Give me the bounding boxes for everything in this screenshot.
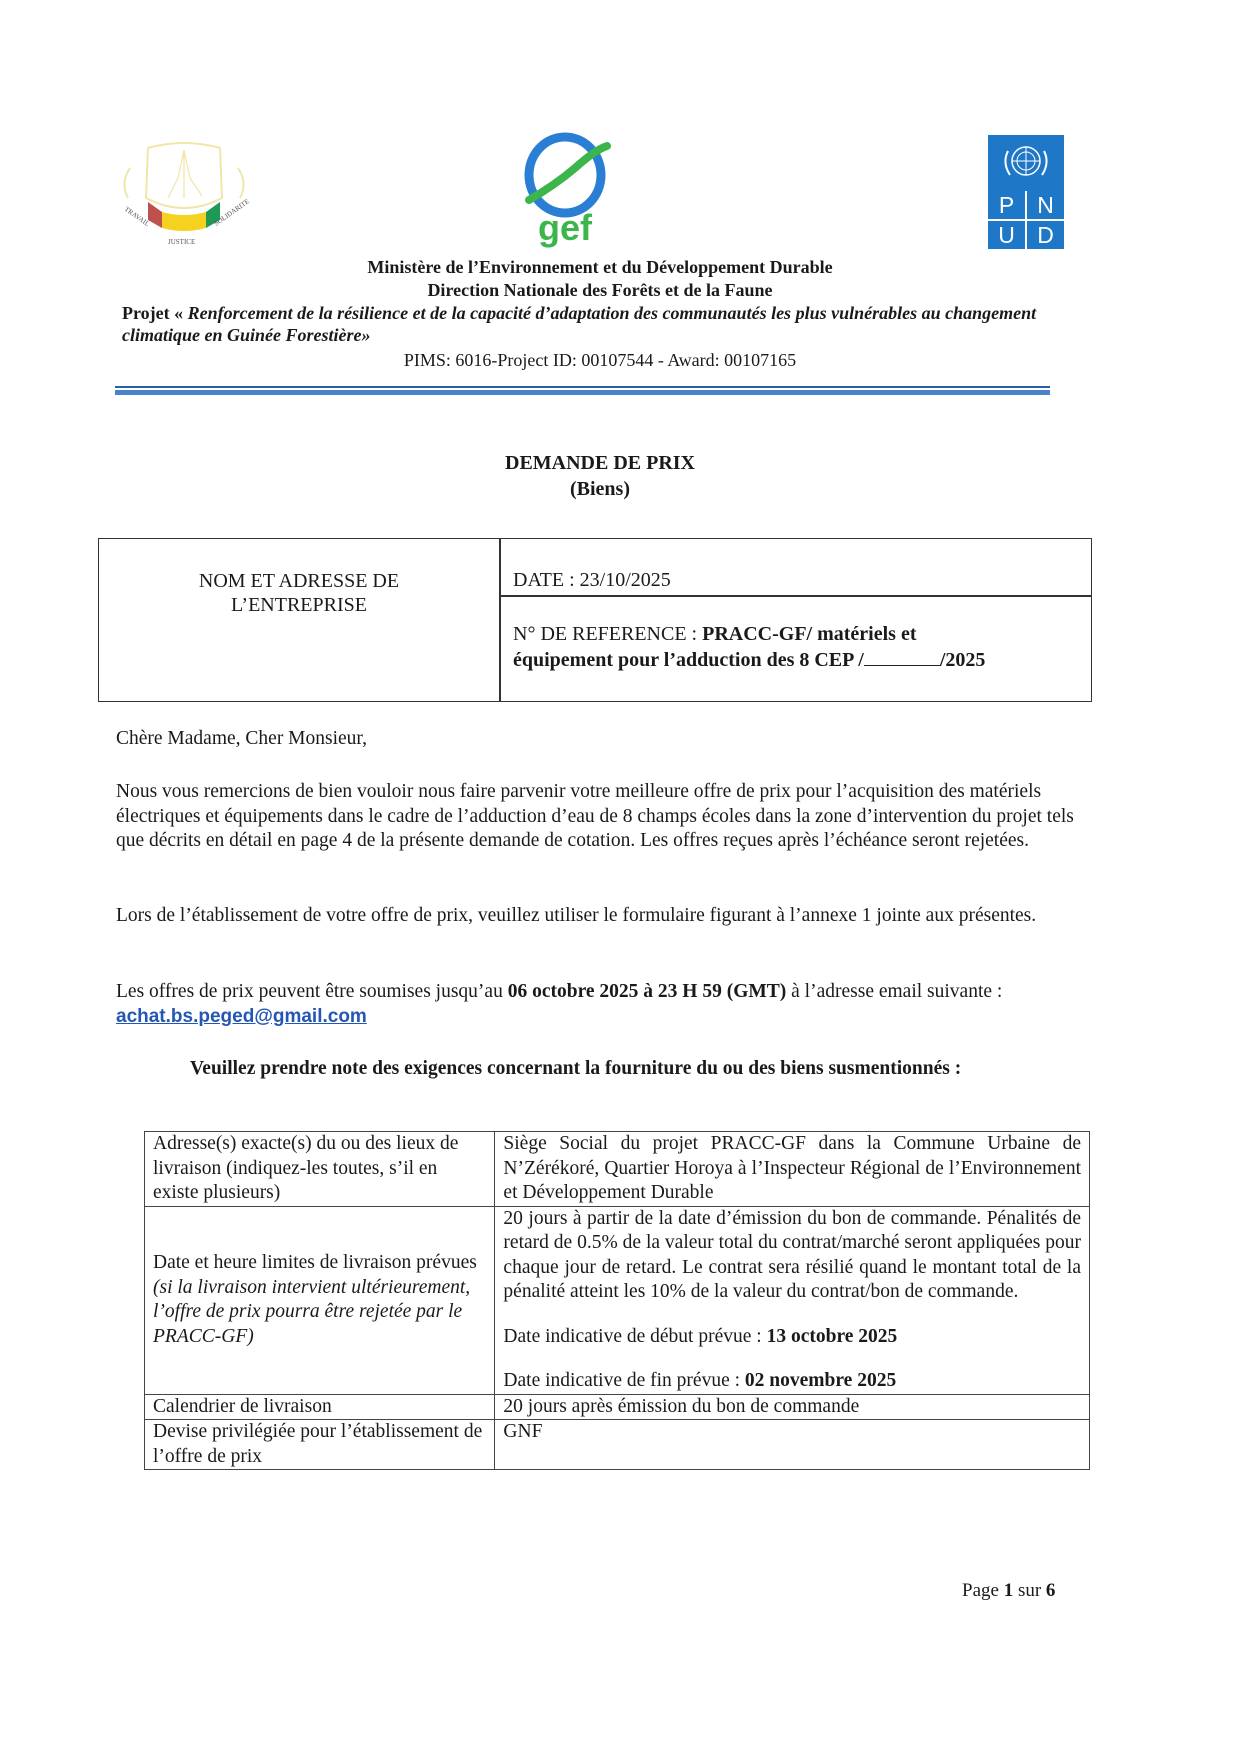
header-divider <box>115 386 1050 388</box>
email-link[interactable]: achat.bs.peged@gmail.com <box>116 1006 367 1027</box>
currency-value: GNF <box>495 1420 1090 1470</box>
request-date: DATE : 23/10/2025 <box>513 569 671 592</box>
table-row: Calendrier de livraison 20 jours après é… <box>145 1394 1090 1420</box>
un-emblem-icon <box>988 135 1064 189</box>
submission-deadline: 06 octobre 2025 à 23 H 59 (GMT) <box>508 981 787 1002</box>
gef-logo: gef <box>515 130 615 250</box>
pnud-logo: P N U D <box>988 135 1064 249</box>
delivery-schedule-value: 20 jours après émission du bon de comman… <box>495 1394 1090 1420</box>
project-title: Projet « Renforcement de la résilience e… <box>122 302 1082 346</box>
delivery-address-value: Siège Social du projet PRACC-GF dans la … <box>495 1132 1090 1207</box>
document-title: DEMANDE DE PRIX <box>0 452 1200 475</box>
guinea-coat-of-arms-logo: TRAVAIL JUSTICE SOLIDARITE <box>118 138 250 250</box>
pnud-letter: U <box>988 221 1025 249</box>
salutation: Chère Madame, Cher Monsieur, <box>116 727 1076 752</box>
delivery-deadline-label: Date et heure limites de livraison prévu… <box>145 1206 495 1394</box>
reference-blank-field <box>864 649 940 666</box>
delivery-schedule-label: Calendrier de livraison <box>145 1394 495 1420</box>
page-number: Page 1 sur 6 <box>962 1580 1055 1602</box>
paragraph-intro: Nous vous remercions de bien vouloir nou… <box>116 780 1076 854</box>
project-ids: PIMS: 6016-Project ID: 00107544 - Award:… <box>0 350 1200 371</box>
ministry-name: Ministère de l’Environnement et du Dével… <box>0 257 1200 278</box>
start-date: Date indicative de début prévue : 13 oct… <box>503 1325 1081 1350</box>
project-name: Renforcement de la résilience et de la c… <box>122 303 1036 345</box>
project-prefix: Projet « <box>122 303 188 323</box>
svg-text:TRAVAIL: TRAVAIL <box>123 205 151 228</box>
direction-name: Direction Nationale des Forêts et de la … <box>0 280 1200 301</box>
svg-text:gef: gef <box>538 207 593 248</box>
company-name-address-label: NOM ET ADRESSE DE L’ENTREPRISE <box>99 569 499 617</box>
requirements-table: Adresse(s) exacte(s) du ou des lieux de … <box>144 1131 1090 1470</box>
svg-text:JUSTICE: JUSTICE <box>168 238 195 246</box>
table-row: Adresse(s) exacte(s) du ou des lieux de … <box>145 1132 1090 1207</box>
header-divider <box>115 390 1050 395</box>
table-row: Devise privilégiée pour l’établissement … <box>145 1420 1090 1470</box>
paragraph-deadline: Les offres de prix peuvent être soumises… <box>116 980 1076 1029</box>
table-row: Date et heure limites de livraison prévu… <box>145 1206 1090 1394</box>
requirements-note: Veuillez prendre note des exigences conc… <box>190 1058 1090 1080</box>
end-date: Date indicative de fin prévue : 02 novem… <box>503 1369 1081 1394</box>
document-subtitle: (Biens) <box>0 478 1200 501</box>
pnud-letter: P <box>988 191 1025 219</box>
currency-label: Devise privilégiée pour l’établissement … <box>145 1420 495 1470</box>
delivery-deadline-value: 20 jours à partir de la date d’émission … <box>495 1206 1090 1394</box>
pnud-letter: N <box>1027 191 1064 219</box>
reference-box: NOM ET ADRESSE DE L’ENTREPRISE DATE : 23… <box>98 538 1092 702</box>
delivery-address-label: Adresse(s) exacte(s) du ou des lieux de … <box>145 1132 495 1207</box>
reference-number: N° DE REFERENCE : PRACC-GF/ matériels et… <box>513 621 1073 673</box>
pnud-letter: D <box>1027 221 1064 249</box>
paragraph-form: Lors de l’établissement de votre offre d… <box>116 904 1076 929</box>
